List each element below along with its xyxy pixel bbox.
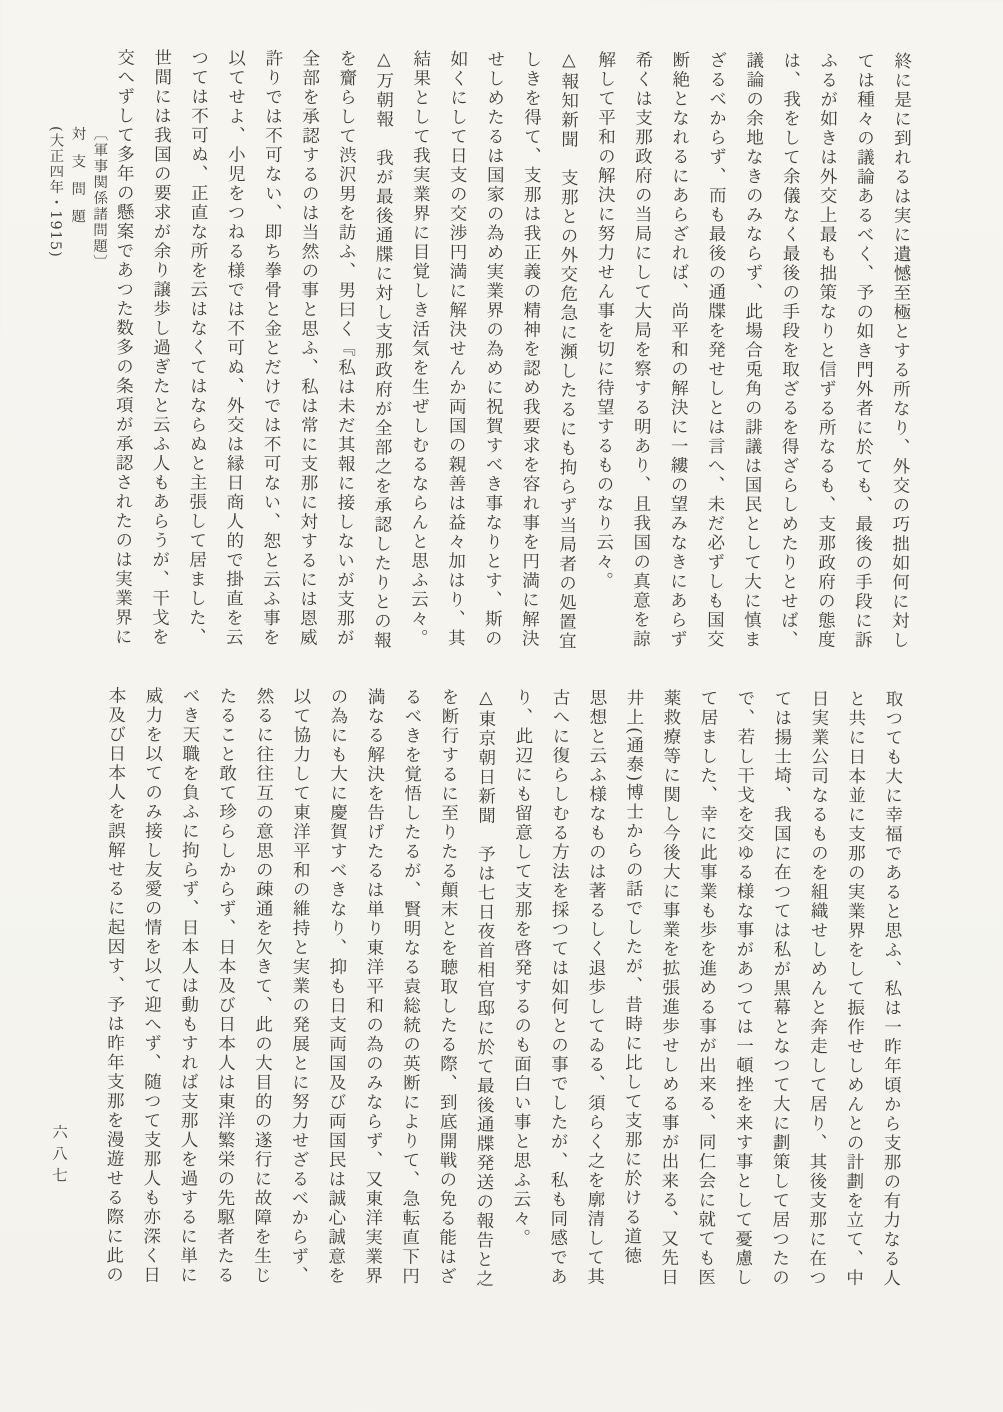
text-column: 威力を以てのみ接し友愛の情を以て迎へず、随つて支那人も亦深く日 bbox=[131, 686, 171, 1292]
text-block-bottom: 取つても大に幸福であると思ふ、私は一昨年頃から支那の有力なる人と共に日本並に支那… bbox=[94, 686, 911, 1296]
text-column: たること敢て珍らしからず、日本及び日本人は東洋繁栄の先駆者たる bbox=[205, 687, 245, 1293]
text-block-top: 終に是に到れるは実に遺憾至極とする所なり、外交の巧拙如何に対しては種々の議論ある… bbox=[103, 48, 920, 658]
text-column: 交へずして多年の懸案であつた数多の条項が承認されたのは実業界に bbox=[103, 48, 143, 654]
text-column: 断絶となれるにあらざれば、尚平和の解決に一縷の望みなきにあらず bbox=[658, 51, 698, 657]
text-column: 許りでは不可ない、即ち拳骨と金とだけでは不可ない、恕と云ふ事を bbox=[251, 49, 291, 655]
text-column: せしめたるは国家の為め実業界の為めに祝賀すべき事なりとす、斯の bbox=[473, 50, 513, 656]
text-column: を断行するに至りたる顛末とを聴取したる際、到底開戦の免る能はざ bbox=[427, 688, 467, 1294]
text-column: ては揚士埼、我国に在つては私が黒幕となつて大に劃策して居つたの bbox=[760, 689, 800, 1295]
section-title: 対支問題 bbox=[66, 126, 89, 270]
page-side-header: 〔軍事関係諸問題〕 対支問題 (大正四年・1915) bbox=[44, 126, 111, 270]
text-column: ては種々の議論あるべく、予の如き門外者に於ても、最後の手段に訴 bbox=[843, 51, 883, 657]
text-column: を齎らして渋沢男を訪ふ、男曰く『私は未だ其報に接しないが支那が bbox=[325, 49, 365, 655]
text-column: 解して平和の解決に努力せん事を切に待望するものなり云々。 bbox=[584, 50, 624, 656]
text-column: 満なる解決を告げたるは単り東洋平和の為のみならず、又東洋実業界 bbox=[353, 687, 393, 1293]
text-column: 全部を承認するのは当然の事と思ふ、私は常に支那に対するには恩威 bbox=[288, 49, 328, 655]
text-column: 取つても大に幸福であると思ふ、私は一昨年頃から支那の有力なる人 bbox=[871, 690, 911, 1296]
text-column: と共に日本並に支那の実業界をして振作せしめんとの計劃を立て、中 bbox=[834, 689, 874, 1295]
text-column: 結果として我実業界に目覚しき活気を生ぜしむるならんと思ふ云々。 bbox=[399, 50, 439, 656]
text-column: の為にも大に慶賀すべきなり、抑も日支両国及び両国民は誠心誠意を bbox=[316, 687, 356, 1293]
text-column: つては不可ぬ、正直な所を云はなくてはならぬと主張して居ました、 bbox=[177, 49, 217, 655]
text-column: べき天職を負ふに拘らず、日本人は動もすれば支那人を過するに単に bbox=[168, 687, 208, 1293]
section-date: (大正四年・1915) bbox=[44, 126, 67, 270]
text-column: 如くにして日支の交渉円満に解決せんか両国の親善は益々加はり、其 bbox=[436, 50, 476, 656]
text-column: 思想と云ふ様なものは著るしく退歩してゐる、須らく之を廓清して其 bbox=[575, 688, 615, 1294]
text-column: 世間には我国の要求が余り譲歩し過ぎたと云ふ人もあらうが、干戈を bbox=[140, 48, 180, 654]
text-column: るべきを覚悟したるが、賢明なる袁総統の英断によりて、急転直下円 bbox=[390, 688, 430, 1294]
scanned-page: 〔軍事関係諸問題〕 対支問題 (大正四年・1915) 終に是に到れるは実に遺憾至… bbox=[0, 0, 1003, 1412]
text-column: 終に是に到れるは実に遺憾至極とする所なり、外交の巧拙如何に対し bbox=[880, 52, 920, 658]
text-column: て居ました、幸に此事業も歩を進める事が出来る、同仁会に就ても医 bbox=[686, 689, 726, 1295]
text-column: り、此辺にも留意して支那を啓発するのも面白い事と思ふ云々。 bbox=[501, 688, 541, 1294]
text-column: 以てせよ、小児をつねる様では不可ぬ、外交は縁日商人的で掛直を云 bbox=[214, 49, 254, 655]
page-number: 六八七 bbox=[48, 1124, 70, 1189]
text-column: ざるべからず、而も最後の通牒を発せしとは言へ、未だ必ずしも国交 bbox=[695, 51, 735, 657]
text-column: 以て協力して東洋平和の維持と実業の発展とに努力せざるべからず、 bbox=[279, 687, 319, 1293]
text-column: 井上(通泰)博士からの話でしたが、昔時に比して支那に於ける道徳 bbox=[612, 688, 652, 1294]
text-column: 議論の余地なきのみならず、此場合兎角の誹議は国民として大に慎ま bbox=[732, 51, 772, 657]
text-column: 日実業公司なるものを組織せしめんと奔走して居り、其後支那に在つ bbox=[797, 689, 837, 1295]
text-column: △報知新聞 支那との外交危急に瀕したるにも拘らず当局者の処置宜 bbox=[547, 50, 587, 656]
text-column: △東京朝日新聞 予は七日夜首相官邸に於て最後通牒発送の報告と之 bbox=[464, 688, 504, 1294]
text-column: 古へに復らしむる方法を採つては如何との事でしたが、私も同感であ bbox=[538, 688, 578, 1294]
text-column: △万朝報 我が最後通牒に対し支那政府が全部之を承認したりとの報 bbox=[362, 49, 402, 655]
text-column: は、我をして余儀なく最後の手段を取ざるを得ざらしめたりとせば、 bbox=[769, 51, 809, 657]
text-column: しきを得て、支那は我正義の精神を認め我要求を容れ事を円満に解決 bbox=[510, 50, 550, 656]
text-column: ふるが如きは外交上最も拙策なりと信ずる所なるも、支那政府の態度 bbox=[806, 51, 846, 657]
text-column: 本及び日本人を誤解せるに起因す、予は昨年支那を漫遊せる際に此の bbox=[94, 686, 134, 1292]
text-column: 然るに往往互の意思の疎通を欠きて、此の大目的の遂行に故障を生じ bbox=[242, 687, 282, 1293]
text-column: 希くは支那政府の当局にして大局を察する明あり、且我国の真意を諒 bbox=[621, 51, 661, 657]
text-column: で、若し干戈を交ゆる様な事があつては一頓挫を来す事として憂慮し bbox=[723, 689, 763, 1295]
text-column: 薬救療等に関し今後大に事業を拡張進歩せしめる事が出来る、又先日 bbox=[649, 689, 689, 1295]
